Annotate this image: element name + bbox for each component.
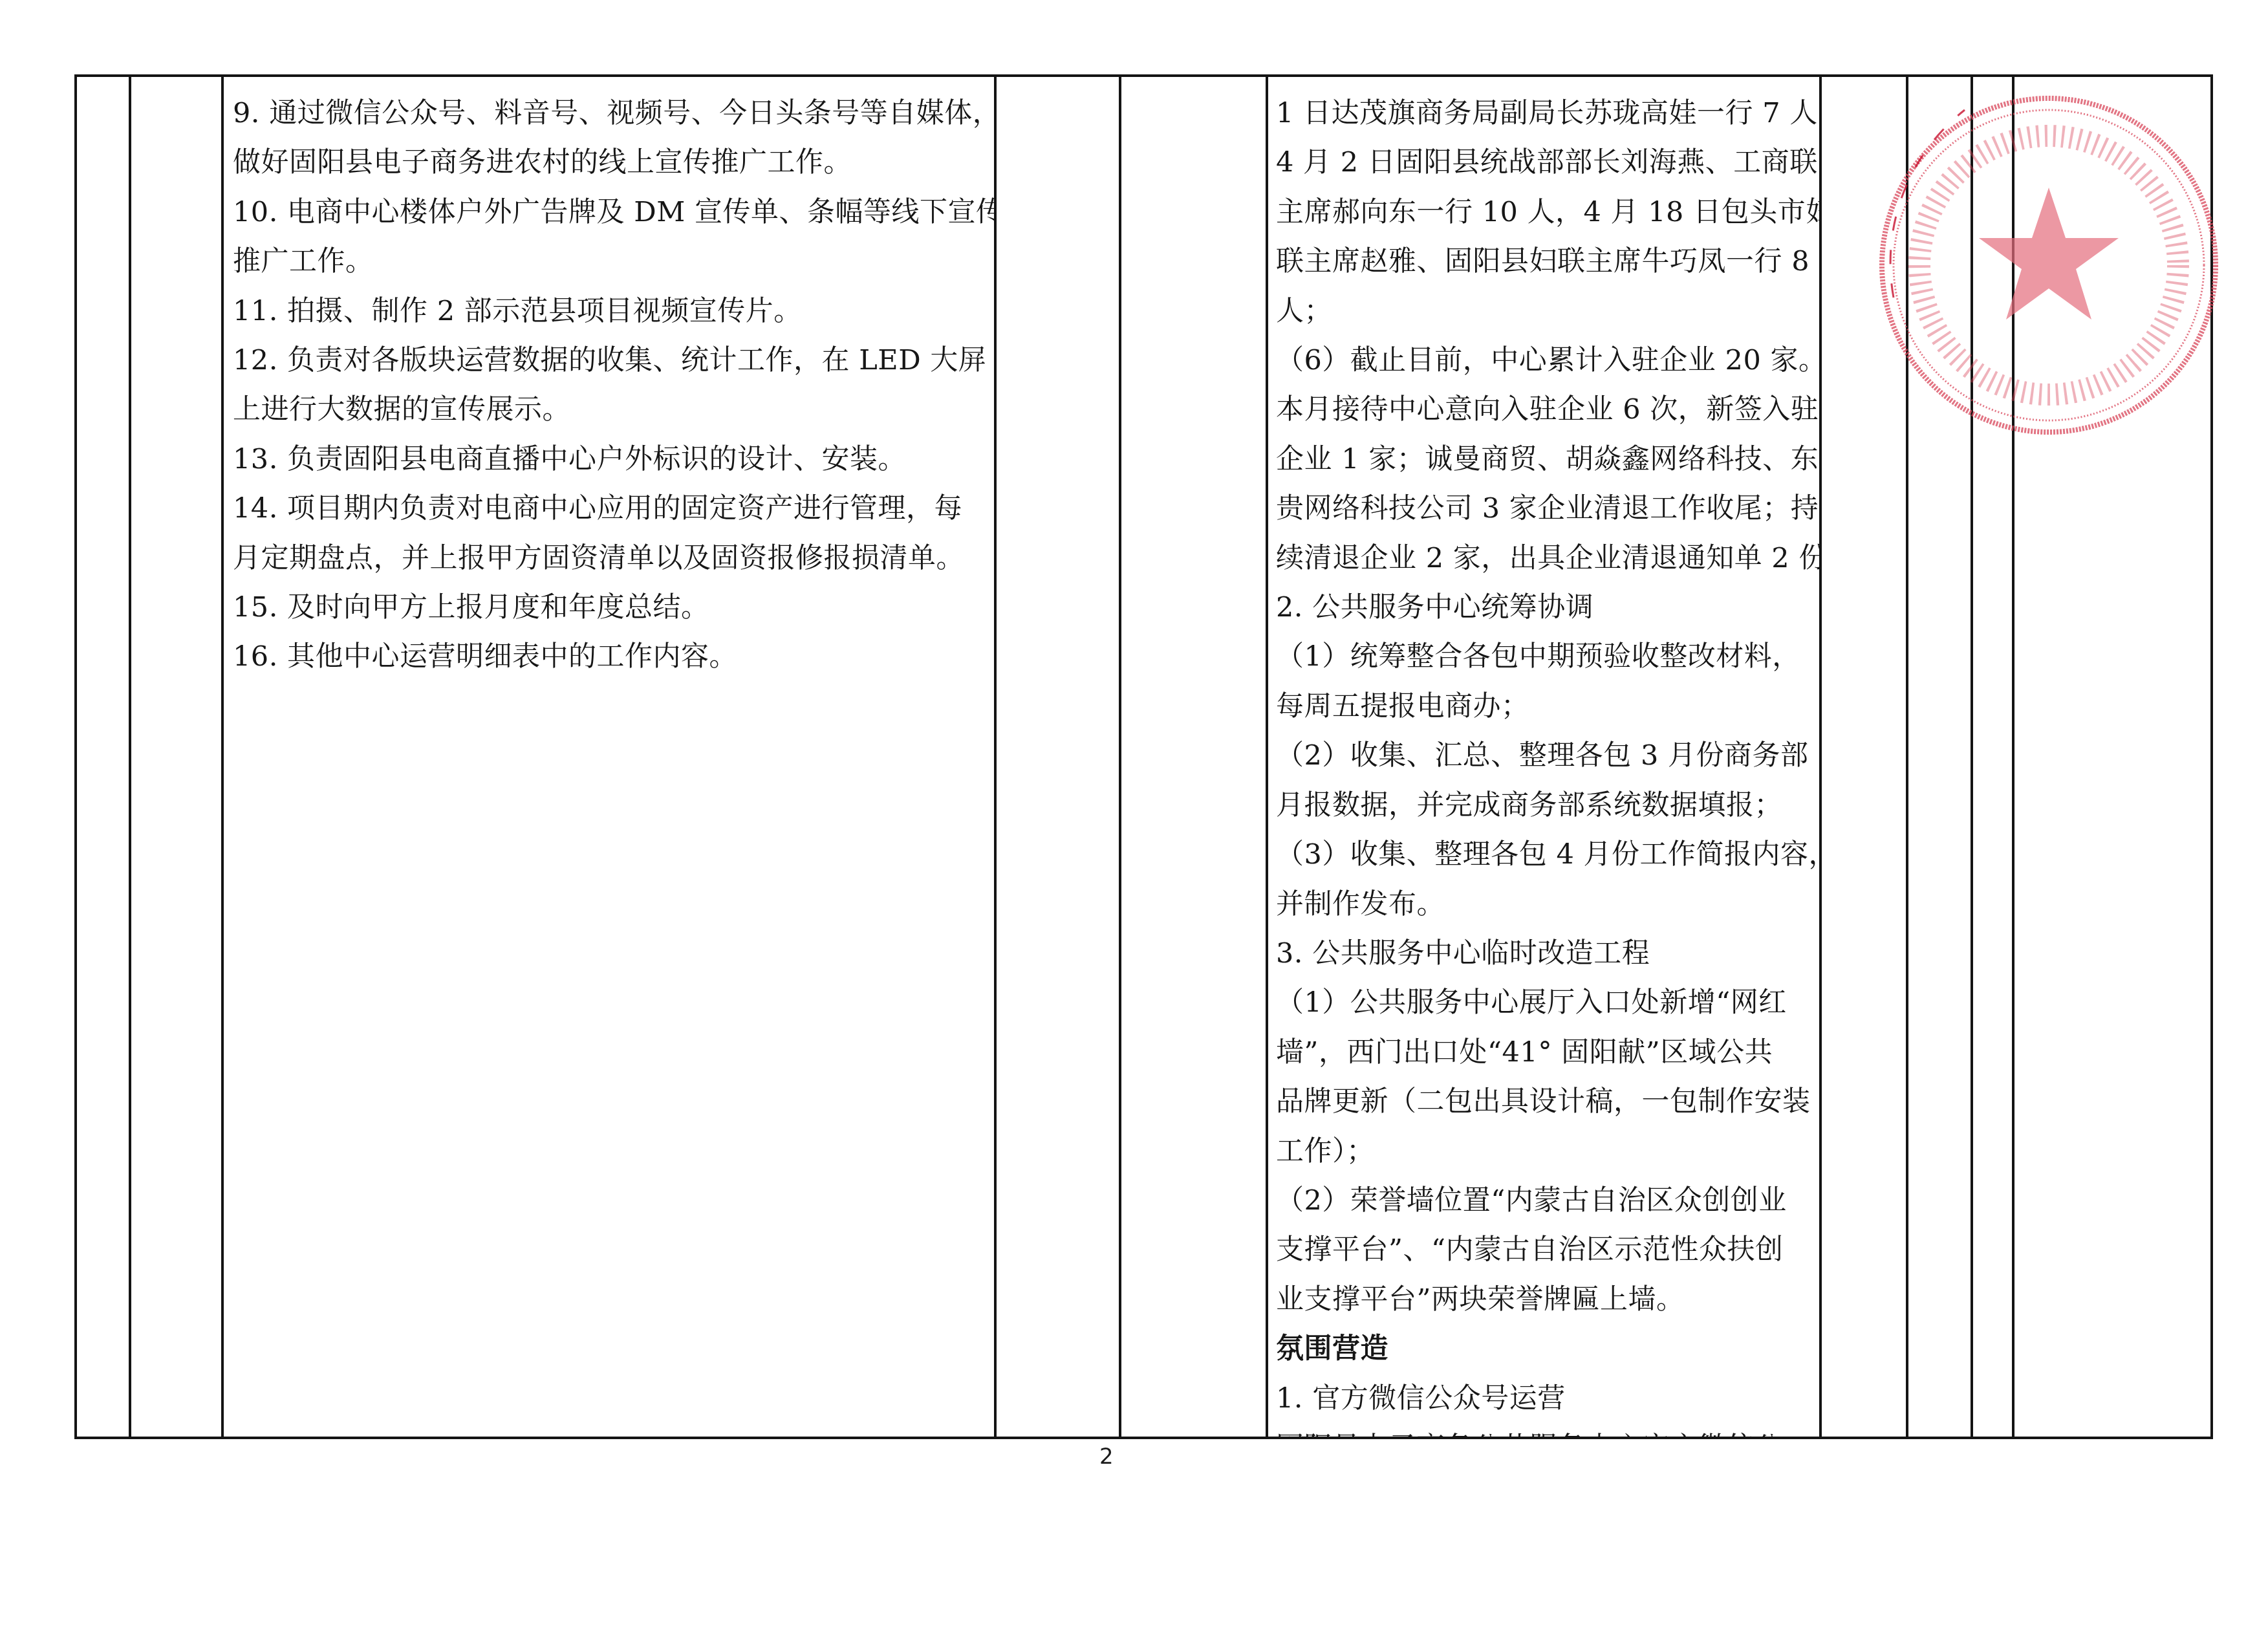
task-line: 9. 通过微信公众号、料音号、视频号、今日头条号等自媒体， xyxy=(233,89,985,138)
task-line: 上进行大数据的宣传展示。 xyxy=(233,385,985,434)
task-line: 13. 负责固阳县电商直播中心户外标识的设计、安装。 xyxy=(233,435,985,484)
task-content-cell: 9. 通过微信公众号、料音号、视频号、今日头条号等自媒体， 做好固阳县电子商务进… xyxy=(224,77,994,1437)
task-line: 推广工作。 xyxy=(233,237,985,286)
task-line: 10. 电商中心楼体户外广告牌及 DM 宣传单、条幅等线下宣传 xyxy=(233,188,985,237)
column-divider xyxy=(1819,77,1822,1437)
document-table: 9. 通过微信公众号、料音号、视频号、今日头条号等自媒体， 做好固阳县电子商务进… xyxy=(74,74,2213,1439)
column-divider xyxy=(1119,77,1121,1437)
column-divider xyxy=(2012,77,2014,1437)
task-line: 12. 负责对各版块运营数据的收集、统计工作，在 LED 大屏 xyxy=(233,336,985,385)
progress-line: 主席郝向东一行 10 人，4 月 18 日包头市妇 xyxy=(1276,188,1810,237)
progress-line: 人； xyxy=(1276,287,1810,336)
section-heading: 3. 公共服务中心临时改造工程 xyxy=(1276,929,1810,978)
task-line: 14. 项目期内负责对电商中心应用的固定资产进行管理，每 xyxy=(233,484,985,533)
progress-line: 业支撑平台”两块荣誉牌匾上墙。 xyxy=(1276,1275,1810,1324)
progress-line: 工作）； xyxy=(1276,1127,1810,1176)
section-heading-bold: 氛围营造 xyxy=(1276,1324,1810,1373)
column-divider xyxy=(129,77,131,1437)
progress-line: （2）荣誉墙位置“内蒙古自治区众创创业 xyxy=(1276,1176,1810,1225)
column-divider xyxy=(994,77,997,1437)
progress-line: 墙”，西门出口处“41° 固阳献”区域公共 xyxy=(1276,1028,1810,1077)
progress-line: 1 日达茂旗商务局副局长苏珑高娃一行 7 人， xyxy=(1276,89,1810,138)
section-heading: 1. 官方微信公众号运营 xyxy=(1276,1374,1810,1423)
progress-line: 月报数据，并完成商务部系统数据填报； xyxy=(1276,781,1810,830)
task-line: 15. 及时向甲方上报月度和年度总结。 xyxy=(233,583,985,632)
task-line: 11. 拍摄、制作 2 部示范县项目视频宣传片。 xyxy=(233,287,985,336)
progress-line: 贵网络科技公司 3 家企业清退工作收尾；持 xyxy=(1276,484,1810,533)
progress-line: （1）公共服务中心展厅入口处新增“网红 xyxy=(1276,978,1810,1027)
progress-line: 本月接待中心意向入驻企业 6 次，新签入驻 xyxy=(1276,385,1810,434)
progress-line: 联主席赵雅、固阳县妇联主席牛巧凤一行 8 xyxy=(1276,237,1810,286)
progress-line: 固阳县电子商务公共服务中心官方微信公 xyxy=(1276,1423,1810,1437)
progress-line: 每周五提报电商办； xyxy=(1276,682,1810,731)
progress-line: 支撑平台”、“内蒙古自治区示范性众扶创 xyxy=(1276,1225,1810,1274)
progress-line: 企业 1 家；诚曼商贸、胡焱鑫网络科技、东 xyxy=(1276,435,1810,484)
progress-line: 品牌更新（二包出具设计稿，一包制作安装 xyxy=(1276,1077,1810,1126)
section-heading: 2. 公共服务中心统筹协调 xyxy=(1276,583,1810,632)
page-number: 2 xyxy=(1099,1444,1114,1470)
task-line: 做好固阳县电子商务进农村的线上宣传推广工作。 xyxy=(233,138,985,187)
progress-line: （2）收集、汇总、整理各包 3 月份商务部 xyxy=(1276,731,1810,780)
progress-line: 4 月 2 日固阳县统战部部长刘海燕、工商联 xyxy=(1276,138,1810,187)
progress-line: （3）收集、整理各包 4 月份工作简报内容， xyxy=(1276,830,1810,879)
task-line: 16. 其他中心运营明细表中的工作内容。 xyxy=(233,632,985,681)
progress-content-cell: 1 日达茂旗商务局副局长苏珑高娃一行 7 人， 4 月 2 日固阳县统战部部长刘… xyxy=(1268,77,1819,1437)
progress-line: （1）统筹整合各包中期预验收整改材料， xyxy=(1276,632,1810,681)
progress-line: （6）截止目前，中心累计入驻企业 20 家。 xyxy=(1276,336,1810,385)
progress-line: 并制作发布。 xyxy=(1276,880,1810,929)
progress-line: 续清退企业 2 家，出具企业清退通知单 2 份。 xyxy=(1276,534,1810,583)
task-line: 月定期盘点，并上报甲方固资清单以及固资报修报损清单。 xyxy=(233,534,985,583)
column-divider xyxy=(1906,77,1908,1437)
column-divider xyxy=(1971,77,1973,1437)
